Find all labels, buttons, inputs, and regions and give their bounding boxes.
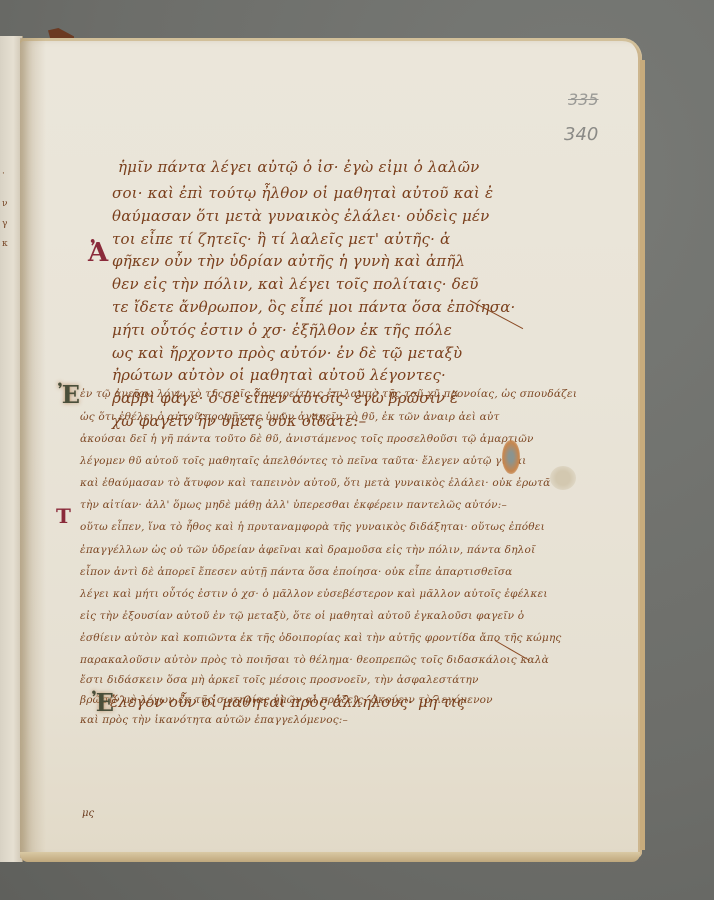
commentary-line: εἰς τὴν ἐξουσίαν αὐτοῦ ἐν τῷ μεταξὺ, ὅτε… xyxy=(80,610,524,622)
decorated-initial-tau: Τ xyxy=(56,504,71,528)
decorated-initial-alpha: Ἀ xyxy=(88,238,108,268)
commentary-line: ἔστι διδάσκειν ὅσα μὴ ἀρκεῖ τοῖς μέσοις … xyxy=(80,674,479,686)
foxing-stain xyxy=(502,440,520,474)
decorated-initial-epsilon: Ἐ xyxy=(58,380,80,409)
page-bottom-edge xyxy=(20,852,640,862)
text-line: σοι· καὶ ἐπὶ τούτῳ ἦλθον οἱ μαθηταὶ αὐτο… xyxy=(112,184,493,202)
text-line: ἠρώτων αὐτὸν οἱ μαθηταὶ αὐτοῦ λέγοντες· xyxy=(112,366,446,384)
text-line: φῆκεν οὖν τὴν ὑδρίαν αὐτῆς ἡ γυνὴ καὶ ἀπ… xyxy=(112,252,465,270)
text-line: τοι εἶπε τί ζητεῖς· ἢ τί λαλεῖς μετ' αὐτ… xyxy=(112,230,450,248)
commentary-line: τὴν αἰτίαν· ἀλλ' ὅμως μηδὲ μάθῃ ἀλλ' ὑπε… xyxy=(80,499,507,511)
folio-number: 340 xyxy=(564,124,598,145)
commentary-line: παρακαλοῦσιν αὐτὸν πρὸς τὸ ποιῆσαι τὸ θέ… xyxy=(80,654,549,666)
text-line: θαύμασαν ὅτι μετὰ γυναικὸς ἐλάλει· οὐδεὶ… xyxy=(112,207,490,225)
quire-signature: μς xyxy=(82,808,94,819)
text-line: θεν εἰς τὴν πόλιν, καὶ λέγει τοῖς πολίτα… xyxy=(112,275,479,293)
text-line: ως καὶ ἤρχοντο πρὸς αὐτόν· ἐν δὲ τῷ μετα… xyxy=(112,344,462,362)
commentary-line: λέγομεν θῦ αὐτοῦ τοῖς μαθηταῖς ἀπελθόντε… xyxy=(80,455,526,467)
commentary-line: καὶ ἐθαύμασαν τὸ ἄτυφον καὶ ταπεινὸν αὐτ… xyxy=(80,477,550,489)
page-fore-edge xyxy=(640,60,645,850)
text-line: τε ἴδετε ἄνθρωπον, ὃς εἶπέ μοι πάντα ὅσα… xyxy=(112,298,516,316)
commentary-line: λέγει καὶ μήτι οὗτός ἐστιν ὁ χσ· ὁ μᾶλλο… xyxy=(80,588,548,600)
folio-number-struck: 335 xyxy=(568,90,599,109)
commentary-line: ἐπαγγέλλων ὡς οὐ τῶν ὑδρείαν ἀφεῖναι καὶ… xyxy=(80,544,535,556)
water-stain xyxy=(550,466,576,490)
commentary-line: ἐσθίειν αὐτὸν καὶ κοπιῶντα ἐκ τῆς ὁδοιπο… xyxy=(80,632,562,644)
commentary-line: ἀκούσαι δεῖ ἡ γῆ πάντα τοῦτο δὲ θῦ, ἀνισ… xyxy=(80,433,534,445)
text-line: ἡμῖν πάντα λέγει αὐτῷ ὁ ἰσ· ἐγὼ εἰμι ὁ λ… xyxy=(118,158,479,176)
final-text-line: ἔλεγον οὖν οἱ μαθηταὶ πρὸς ἀλλήλους· μή … xyxy=(110,693,465,711)
text-line: μήτι οὗτός ἐστιν ὁ χσ· ἐξῆλθον ἐκ τῆς πό… xyxy=(112,321,452,339)
commentary-line: ὡς ὅτι ἐθέλει ὁ αὐτοῦ προφῆταις ὑμῶν ἀγα… xyxy=(80,411,500,423)
gutter-shadow xyxy=(20,38,46,858)
commentary-line: οὕτω εἶπεν, ἵνα τὸ ἦθος καὶ ἡ πρυταναμφο… xyxy=(80,521,545,533)
decorated-initial-epsilon-2: Ἐ xyxy=(92,688,114,717)
commentary-line: ἐν τῷ ἀνεῖρω λόγῳ τὸ τῆς τοῖς σαμαρείται… xyxy=(80,388,577,400)
commentary-line: καὶ πρὸς τὴν ἰκανότητα αὐτῶν ἐπαγγελόμεν… xyxy=(80,714,348,726)
commentary-line: εἶπον ἀντὶ δὲ ἀπορεῖ ἔπεσεν αὐτῇ πάντα ὅ… xyxy=(80,566,512,578)
